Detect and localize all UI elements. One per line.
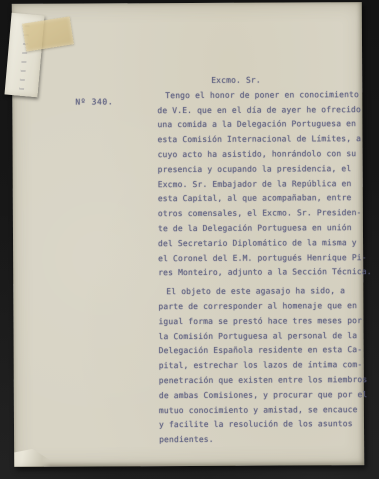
paragraph: Tengo el honor de poner en conocimientod… bbox=[157, 88, 360, 281]
text-line: El objeto de este agasajo ha sido, a bbox=[158, 284, 360, 300]
text-line: penetración que existen entre los miembr… bbox=[159, 373, 361, 389]
text-line: mutuo conocimiento y amistad, se encauce bbox=[159, 403, 361, 419]
text-line: cuyo acto ha asistido, honrándolo con su bbox=[158, 147, 360, 163]
reference-number: Nº 340. bbox=[75, 97, 113, 106]
text-line: una comida a la Delegación Portuguesa en bbox=[157, 117, 359, 133]
text-line: parte de corresponder al homenaje que en bbox=[158, 299, 360, 315]
text-line: del Secretario Diplomático de la misma y bbox=[158, 236, 360, 252]
letter-page: Nº 340. Excmo. Sr. Tengo el honor de pon… bbox=[12, 2, 364, 467]
text-line: el Coronel del E.M. portugués Henrique P… bbox=[158, 251, 360, 267]
salutation: Excmo. Sr. bbox=[211, 73, 359, 89]
text-line: de V.E. que en el día de ayer he ofrecid… bbox=[157, 103, 359, 119]
text-line: Tengo el honor de poner en conocimiento bbox=[157, 88, 359, 104]
page-corner-curl bbox=[14, 449, 60, 467]
text-line: te de la Delegación Portuguesa en unión bbox=[158, 221, 360, 237]
text-line: otros comensales, el Excmo. Sr. Presiden… bbox=[158, 206, 360, 222]
text-line: pendientes. bbox=[159, 432, 361, 448]
text-line: la Comisión Portuguesa al personal de la bbox=[158, 329, 360, 345]
text-line: Excmo. Sr. Embajador de la República en bbox=[158, 177, 360, 193]
letter-body: Excmo. Sr. Tengo el honor de poner en co… bbox=[157, 73, 361, 448]
text-line: y facilite la resolución de los asuntos bbox=[159, 417, 361, 433]
text-line: de ambas Comisiones, y procurar que por … bbox=[159, 388, 361, 404]
text-line: igual forma se prestó hace tres meses po… bbox=[158, 314, 360, 330]
text-line: Delegación Española residente en esta Ca… bbox=[159, 343, 361, 359]
text-line: esta Capital, al que acompañaban, entre bbox=[158, 191, 360, 207]
text-line: esta Comisión Internacional de Límites, … bbox=[157, 132, 359, 148]
text-line: presencia y ocupando la presidencia, el bbox=[158, 162, 360, 178]
paragraph: El objeto de este agasajo ha sido, apart… bbox=[158, 284, 361, 448]
text-line: pital, estrechar los lazos de íntima com… bbox=[159, 358, 361, 374]
text-line: res Monteiro, adjunto a la Sección Técni… bbox=[158, 265, 360, 281]
